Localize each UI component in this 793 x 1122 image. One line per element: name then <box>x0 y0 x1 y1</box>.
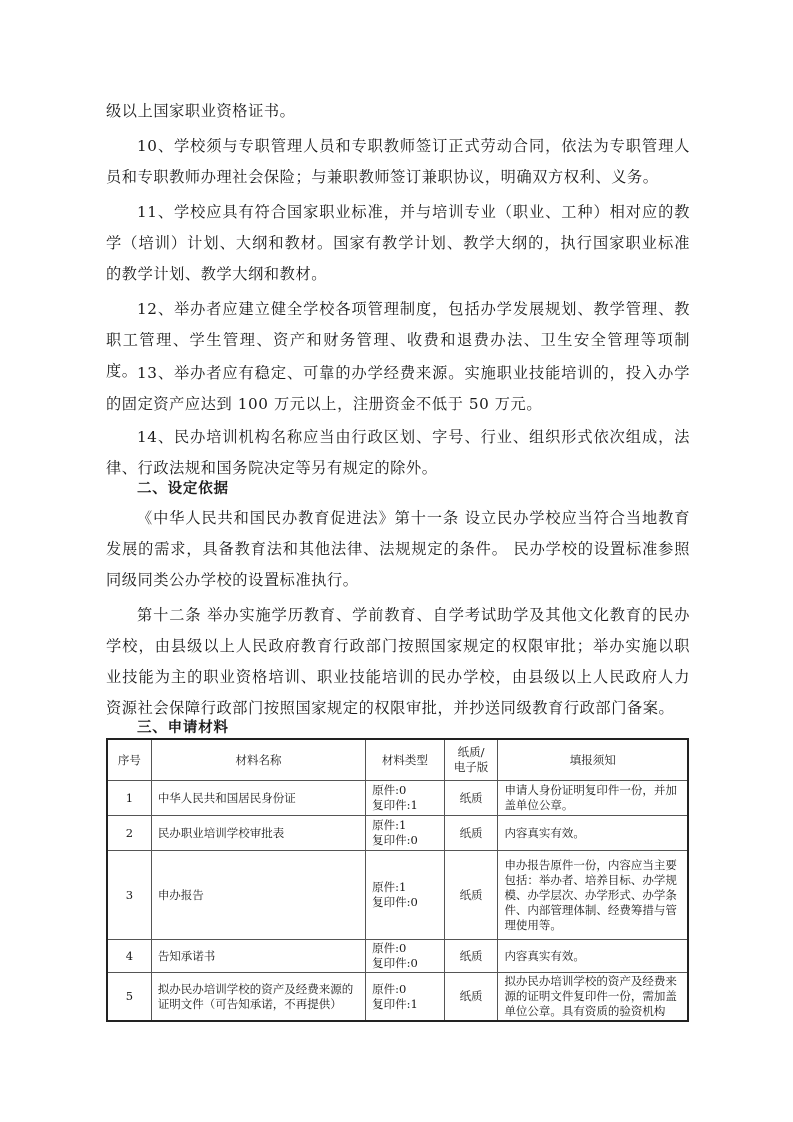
cell-copy-count: 复印件:1 <box>372 997 438 1012</box>
header-name: 材料名称 <box>151 739 365 781</box>
header-media-line2: 电子版 <box>451 760 492 775</box>
section-heading-basis: 二、设定依据 <box>137 477 229 498</box>
cell-original-count: 原件:0 <box>372 941 438 956</box>
cell-type: 原件:0 复印件:1 <box>366 973 445 1022</box>
table-row: 1 中华人民共和国居民身份证 原件:0 复印件:1 纸质 申请人身份证明复印件一… <box>107 781 688 816</box>
header-type: 材料类型 <box>366 739 445 781</box>
cell-no: 3 <box>107 851 151 940</box>
cell-name: 告知承诺书 <box>151 940 365 973</box>
header-note: 填报须知 <box>498 739 688 781</box>
table-header-row: 序号 材料名称 材料类型 纸质/ 电子版 填报须知 <box>107 739 688 781</box>
header-media: 纸质/ 电子版 <box>444 739 498 781</box>
table-row: 5 拟办民办培训学校的资产及经费来源的证明文件（可告知承诺，不再提供） 原件:0… <box>107 973 688 1022</box>
cell-copy-count: 复印件:0 <box>372 895 438 910</box>
table-row: 4 告知承诺书 原件:0 复印件:0 纸质 内容真实有效。 <box>107 940 688 973</box>
cell-no: 1 <box>107 781 151 816</box>
cell-media: 纸质 <box>444 973 498 1022</box>
table-row: 3 申办报告 原件:1 复印件:0 纸质 申办报告原件一份，内容应当主要包括：举… <box>107 851 688 940</box>
table-row: 2 民办职业培训学校审批表 原件:1 复印件:0 纸质 内容真实有效。 <box>107 816 688 851</box>
paragraph-item-14: 14、民办培训机构名称应当由行政区划、字号、行业、组织形式依次组成，法律、行政法… <box>106 422 690 484</box>
cell-copy-count: 复印件:0 <box>372 956 438 971</box>
paragraph-law-article-12: 第十二条 举办实施学历教育、学前教育、自学考试助学及其他文化教育的民办学校，由县… <box>106 600 690 724</box>
paragraph-continuation: 级以上国家职业资格证书。 <box>106 96 690 127</box>
cell-note: 申请人身份证明复印件一份，并加盖单位公章。 <box>498 781 688 816</box>
cell-media: 纸质 <box>444 851 498 940</box>
paragraph-item-11: 11、学校应具有符合国家职业标准，并与培训专业（职业、工种）相对应的教学（培训）… <box>106 197 690 290</box>
cell-original-count: 原件:0 <box>372 783 438 798</box>
cell-media: 纸质 <box>444 816 498 851</box>
cell-name: 申办报告 <box>151 851 365 940</box>
cell-name: 中华人民共和国居民身份证 <box>151 781 365 816</box>
cell-copy-count: 复印件:0 <box>372 833 438 848</box>
cell-original-count: 原件:0 <box>372 982 438 997</box>
cell-note: 申办报告原件一份，内容应当主要包括：举办者、培养目标、办学规模、办学层次、办学形… <box>498 851 688 940</box>
cell-copy-count: 复印件:1 <box>372 798 438 813</box>
section-heading-materials: 三、申请材料 <box>137 716 229 737</box>
paragraph-item-13: 13、举办者应有稳定、可靠的办学经费来源。实施职业技能培训的，投入办学的固定资产… <box>106 358 690 420</box>
cell-type: 原件:0 复印件:1 <box>366 781 445 816</box>
cell-original-count: 原件:1 <box>372 880 438 895</box>
cell-note: 内容真实有效。 <box>498 940 688 973</box>
cell-original-count: 原件:1 <box>372 818 438 833</box>
document-page: 级以上国家职业资格证书。 10、学校须与专职管理人员和专职教师签订正式劳动合同，… <box>0 0 793 1122</box>
cell-type: 原件:1 复印件:0 <box>366 816 445 851</box>
cell-no: 5 <box>107 973 151 1022</box>
cell-no: 4 <box>107 940 151 973</box>
cell-name: 拟办民办培训学校的资产及经费来源的证明文件（可告知承诺，不再提供） <box>151 973 365 1022</box>
paragraph-law-article-11: 《中华人民共和国民办教育促进法》第十一条 设立民办学校应当符合当地教育发展的需求… <box>106 503 690 596</box>
cell-type: 原件:0 复印件:0 <box>366 940 445 973</box>
materials-table: 序号 材料名称 材料类型 纸质/ 电子版 填报须知 1 中华人民共和国居民身份证… <box>106 738 689 1022</box>
paragraph-item-10: 10、学校须与专职管理人员和专职教师签订正式劳动合同，依法为专职管理人员和专职教… <box>106 131 690 193</box>
cell-no: 2 <box>107 816 151 851</box>
cell-note: 内容真实有效。 <box>498 816 688 851</box>
cell-media: 纸质 <box>444 781 498 816</box>
cell-type: 原件:1 复印件:0 <box>366 851 445 940</box>
header-no: 序号 <box>107 739 151 781</box>
cell-name: 民办职业培训学校审批表 <box>151 816 365 851</box>
header-media-line1: 纸质/ <box>451 745 492 760</box>
cell-media: 纸质 <box>444 940 498 973</box>
cell-note: 拟办民办培训学校的资产及经费来源的证明文件复印件一份，需加盖单位公章。具有资质的… <box>498 973 688 1022</box>
